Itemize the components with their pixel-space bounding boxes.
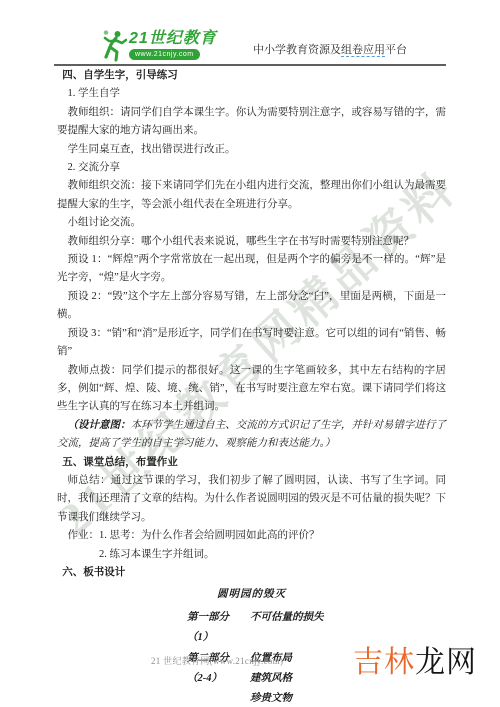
- board-row: 第一部分不可估量的损失: [57, 608, 446, 628]
- paragraph-preset-1: 预设 1：“辉煌”两个字常常放在一起出现，但是两个字的偏旁是不一样的。“辉”是光…: [57, 251, 446, 288]
- watermark-longwang: 龙网: [415, 646, 477, 679]
- board-row-label: [187, 689, 250, 707]
- paragraph-student-selfstudy: 1. 学生自学: [57, 85, 446, 103]
- paragraph-teacher-tip: 教师点拨：同学们提示的都很好。这一课的生字笔画较多，其中左右结构的字居多，例如“…: [57, 362, 446, 417]
- design-intent-note: （设计意图：本环节学生通过自主、交流的方式识记了生字，并针对易错字进行了交流，提…: [57, 417, 446, 454]
- runner-icon: [97, 29, 127, 62]
- paragraph-share-heading: 2. 交流分享: [57, 159, 446, 177]
- paragraph-teacher-organize: 教师组织：请同学们自学本课生字。你认为需要特别注意字，或容易写错的字，需要提醒大…: [57, 104, 446, 141]
- board-row-label: （1）: [187, 628, 250, 648]
- board-row-value: 珍贵文物: [250, 689, 292, 707]
- paragraph-homework-1: 作业：1. 思考：为什么作者会给圆明园如此高的评价？: [57, 527, 446, 545]
- paragraph-homework-2: 2. 练习本课生字并组词。: [57, 546, 446, 564]
- board-row-label: 第一部分: [187, 608, 250, 628]
- paragraph-desk-check: 学生同桌互查，找出错误进行改正。: [57, 141, 446, 159]
- header-divider: [54, 64, 446, 66]
- platform-link[interactable]: 组卷应用: [341, 44, 385, 57]
- platform-suffix: 平台: [385, 44, 407, 56]
- platform-title: 中小学教育资源及组卷应用平台: [253, 41, 407, 57]
- jilin-longwang-watermark: 吉林龙网: [353, 645, 477, 681]
- board-row-value: 不可估量的损失: [250, 608, 324, 628]
- section-heading-board-design: 六、板书设计: [57, 564, 446, 582]
- logo-text-block: 21世纪教育 www.21cnjy.com: [129, 29, 217, 60]
- section-heading-self-study: 四、自学生字，引导练习: [57, 67, 446, 85]
- paragraph-group-discuss: 小组讨论交流。: [57, 214, 446, 232]
- paragraph-teacher-summary: 师总结：通过这节课的学习，我们初步了解了圆明园，认读、书写了生字词。同时，我们还…: [57, 472, 446, 527]
- footer-site-note: 21 世纪教育网(www.21cnjy.com): [151, 654, 283, 667]
- 21cnjy-logo: 21世纪教育 www.21cnjy.com: [97, 29, 217, 62]
- section-heading-summary: 五、课堂总结，布置作业: [57, 454, 446, 472]
- board-row-value: 建筑风格: [250, 669, 292, 689]
- logo-url-pill: www.21cnjy.com: [129, 49, 200, 60]
- board-row-label: （2-4）: [187, 669, 250, 689]
- lesson-plan-content: 四、自学生字，引导练习 1. 学生自学 教师组织：请同学们自学本课生字。你认为需…: [57, 67, 446, 707]
- board-row: 珍贵文物: [57, 689, 446, 707]
- platform-prefix: 中小学教育资源及: [253, 44, 341, 56]
- logo-brand-text: 21世纪教育: [129, 29, 217, 48]
- paragraph-group-exchange: 教师组织交流：接下来请同学们先在小组内进行交流，整理出你们小组认为最需要提醒大家…: [57, 177, 446, 214]
- watermark-jilin: 吉林: [353, 646, 415, 679]
- paragraph-teacher-share: 教师组织分享：哪个小组代表来说说，哪些生字在书写时需要特别注意呢？: [57, 233, 446, 251]
- board-title: 圆明园的毁灭: [57, 585, 446, 605]
- paragraph-preset-2: 预设 2：“毁”这个字左上部分容易写错，左上部分念“臼”，里面是两横，下面是一横…: [57, 288, 446, 325]
- design-intent-label: （设计意图：: [68, 420, 131, 431]
- paragraph-preset-3: 预设 3：“销”和“消”是形近字，同学们在书写时要注意。它可以组的词有“销售、畅…: [57, 325, 446, 362]
